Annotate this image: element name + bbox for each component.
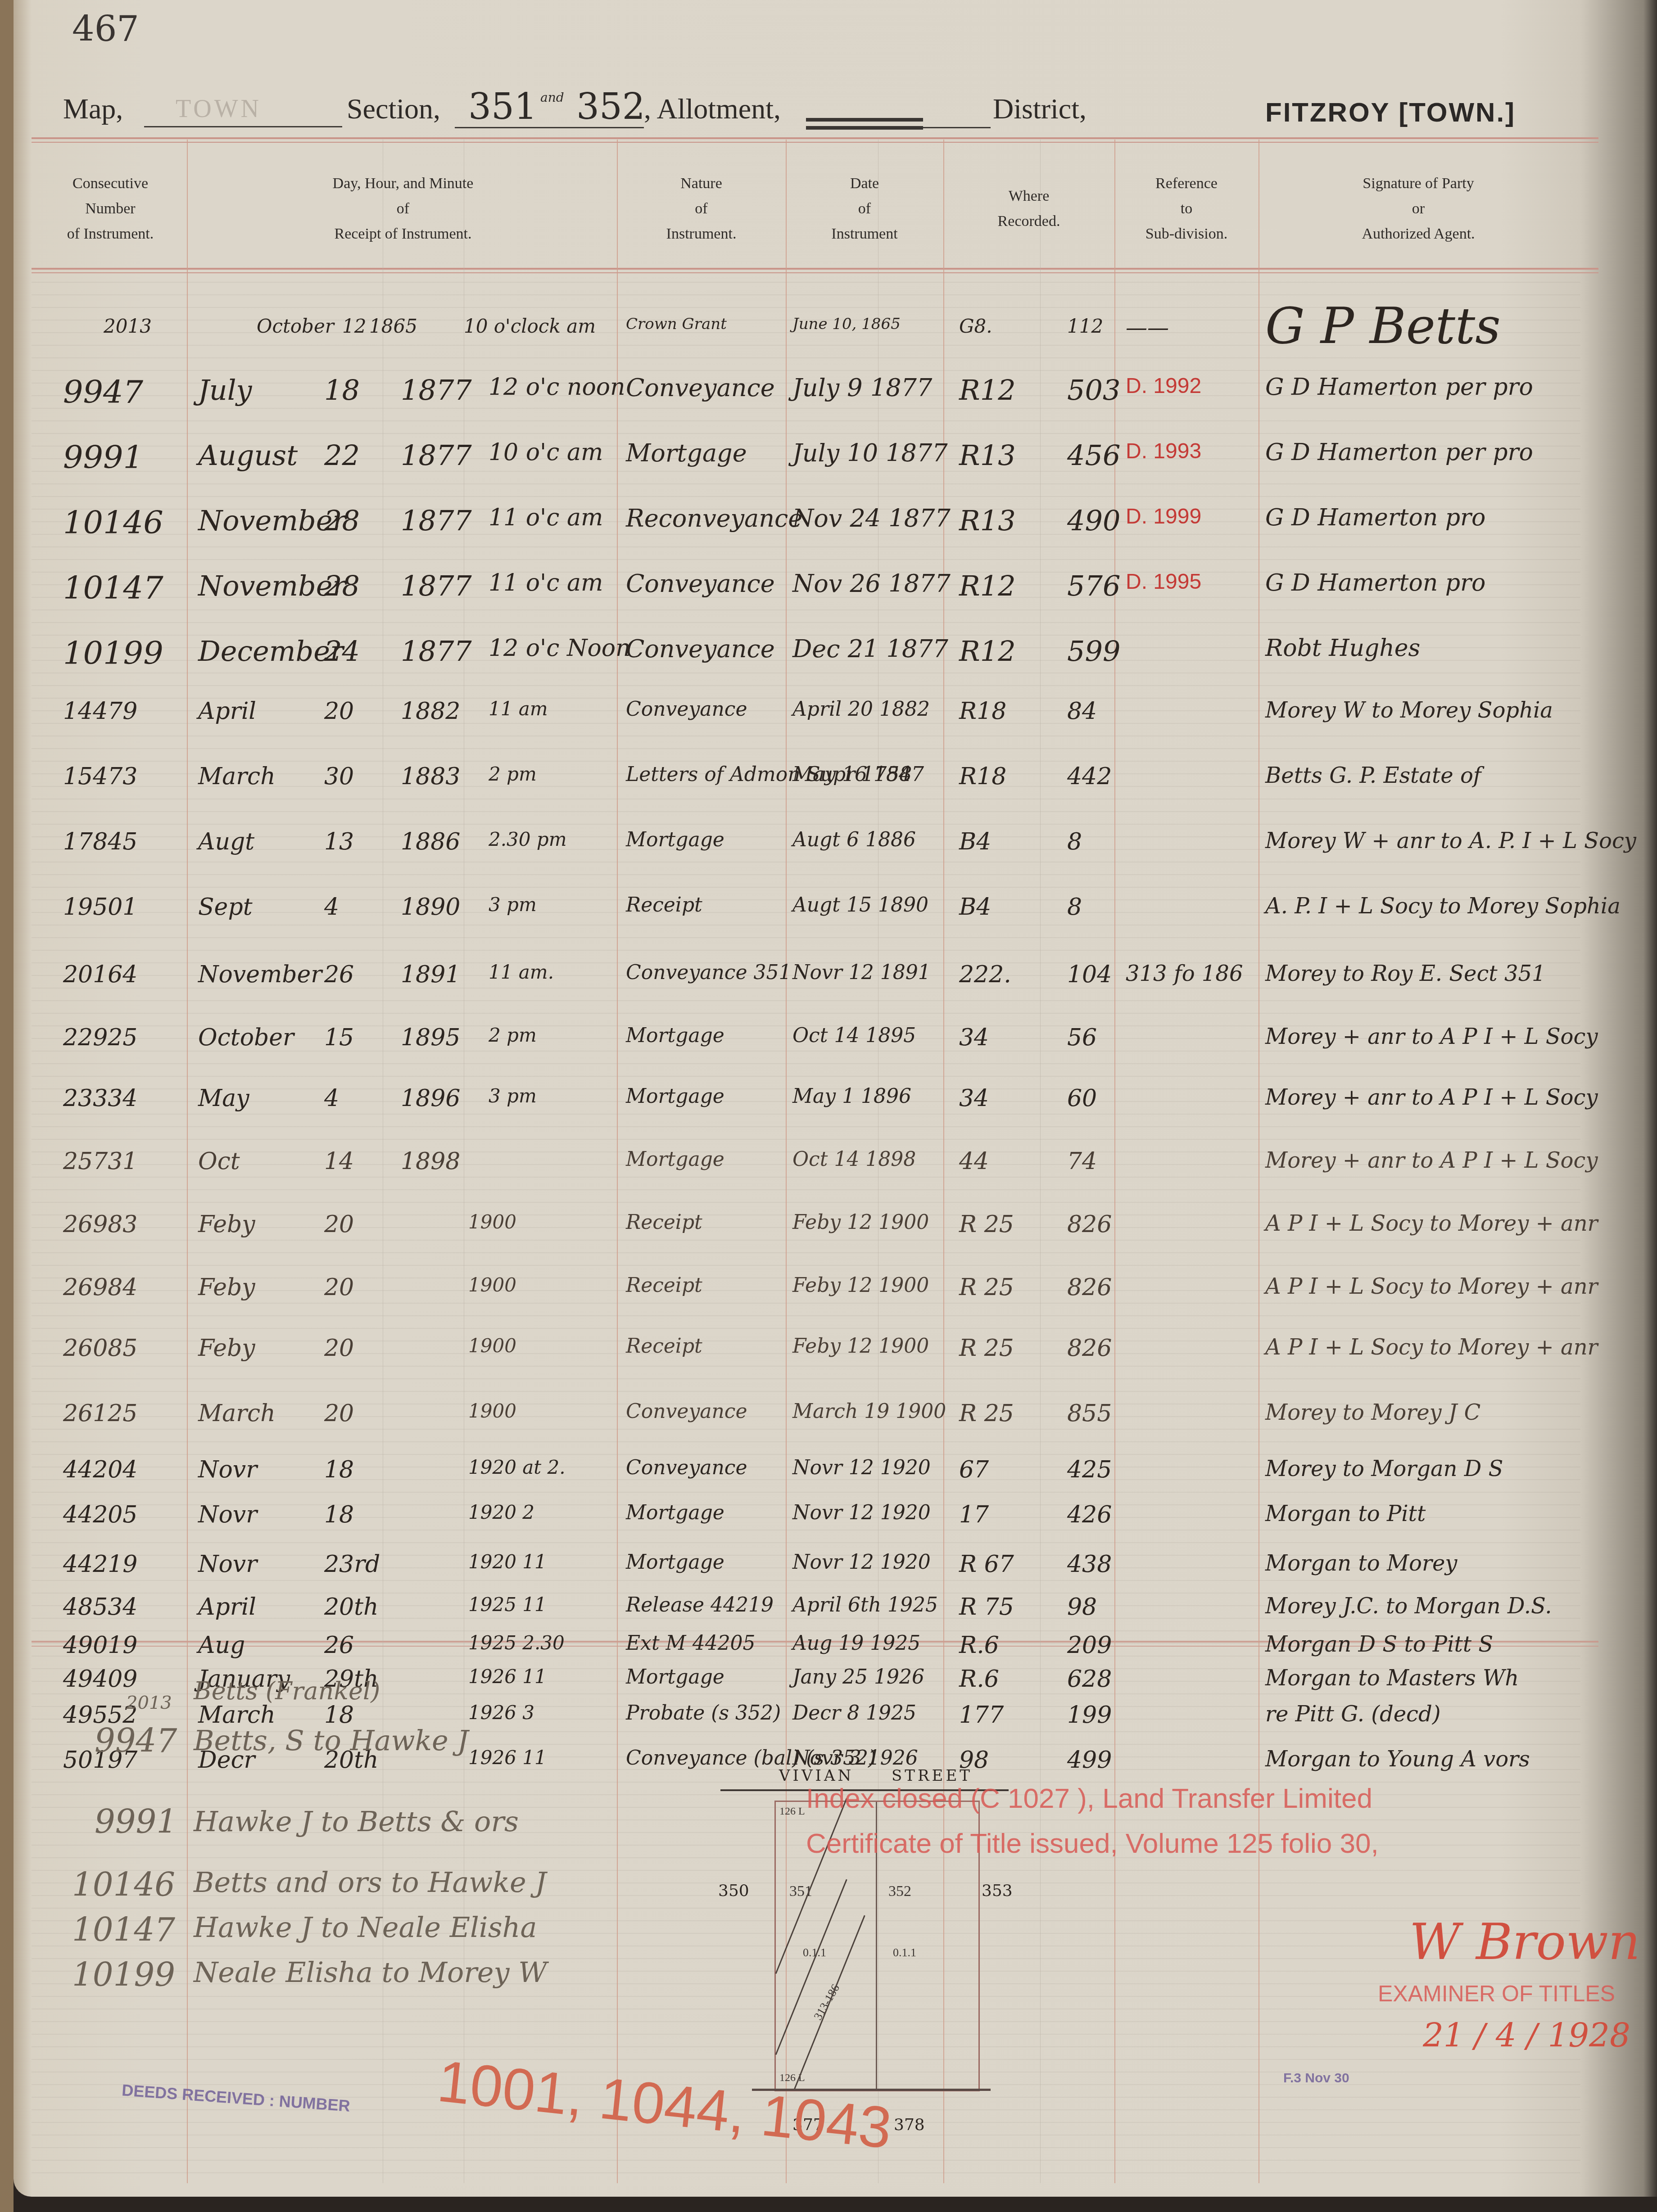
row-year: 1877 [401,374,472,406]
row-recorded-page: 599 [1067,635,1120,668]
row-recorded-page: 199 [1067,1702,1112,1729]
row-nature: Mortgage [626,828,724,851]
row-number: 26125 [63,1400,137,1427]
col-line-2 [617,140,618,2183]
row-signature: G D Hamerton per pro [1265,374,1533,401]
row-recorded-page: 503 [1067,374,1120,406]
index-note-number: 10199 [72,1956,175,1994]
row-recorded-page: 826 [1067,1274,1112,1301]
row-date: Dec 21 1877 [792,635,948,663]
district-value: FITZROY [TOWN.] [1265,97,1516,128]
row-recorded-page: 499 [1067,1747,1112,1774]
row-recorded-page: 490 [1067,504,1120,537]
index-note-text: Betts, S to Hawke J [194,1724,468,1757]
row-year: 1886 [401,828,460,855]
index-note-text: Neale Elisha to Morey W [194,1956,547,1989]
index-note-text: Hawke J to Neale Elisha [194,1911,537,1944]
row-year: 1865 [369,315,417,337]
row-month: Novr [198,1501,257,1528]
row-time: 1900 [468,1211,516,1233]
row-month: October [198,1024,294,1051]
row-day: 24 [324,635,360,668]
row-number: 22925 [63,1024,137,1051]
row-recorded-page: 74 [1067,1148,1097,1175]
row-nature: Reconveyance [626,504,802,533]
row-signature: G D Hamerton pro [1265,504,1485,531]
row-recorded-book: 177 [959,1702,1004,1729]
section-and: and [540,90,564,105]
row-recorded-page: 826 [1067,1335,1112,1362]
row-day: 20 [324,1400,354,1427]
row-recorded-page: 826 [1067,1211,1112,1238]
allotment-dash-2 [806,126,923,130]
row-signature: Morgan to Morey [1265,1551,1457,1576]
row-recorded-book: R.6 [959,1632,999,1659]
street-label-1: VIVIAN [779,1767,854,1785]
row-recorded-book: R.6 [959,1666,999,1693]
allotment-label: , Allotment, [644,92,781,126]
map-label: Map, [63,92,123,126]
row-number: 10147 [63,569,163,606]
row-number: 10146 [63,504,163,541]
row-reference: D. 1999 [1126,504,1201,529]
row-number: 26984 [63,1274,137,1301]
row-month: Oct [198,1148,240,1175]
row-recorded-book: R12 [959,374,1016,406]
row-recorded-book: R12 [959,635,1016,668]
row-signature: A. P. I + L Socy to Morey Sophia [1265,894,1621,919]
row-signature: Morey to Morey J C [1265,1400,1480,1425]
row-time: 11 o'c am [489,504,603,531]
section-value-2: 352 [576,86,645,127]
row-day: 12 [342,315,366,337]
row-recorded-book: R18 [959,763,1006,790]
row-nature: Conveyance [626,635,775,663]
row-date: Augt 6 1886 [792,828,916,851]
allotment-underline [923,127,991,128]
page-number: 467 [72,9,139,50]
row-time: 2 pm [489,763,537,785]
row-month: August [198,439,298,472]
row-recorded-page: 60 [1067,1085,1097,1112]
row-date: July 9 1877 [792,374,932,402]
row-time: 11 am [489,698,548,720]
row-month: Aug [198,1632,245,1659]
row-recorded-page: 442 [1067,763,1112,790]
row-time: 10 o'clock am [464,315,596,337]
row-time: 1926 3 [468,1702,534,1724]
row-number: 49409 [63,1666,137,1693]
col-header-recorded: Where Recorded. [946,184,1112,234]
row-number: 20164 [63,961,137,988]
row-signature: G D Hamerton pro [1265,569,1485,596]
row-signature: Morey + anr to A P I + L Socy [1265,1148,1598,1173]
row-month: Feby [198,1211,255,1238]
row-month: December [198,635,344,668]
row-month: October [257,315,334,337]
row-signature: G P Betts [1265,297,1501,355]
col-header-number: Consecutive Number of Instrument. [41,171,180,247]
col-header-receipt: Day, Hour, and Minute of Receipt of Inst… [194,171,612,247]
ledger-page: 467 Map, TOWN Section, 351 and 352 , All… [14,0,1657,2197]
row-number: 9947 [63,374,143,411]
row-number: 23334 [63,1085,137,1112]
row-recorded-page: 8 [1067,828,1082,855]
row-day: 20th [324,1594,379,1621]
row-date: March 19 1900 [792,1400,946,1423]
row-number: 14479 [63,698,137,725]
col-line-6 [1259,140,1259,2183]
row-date: Novr 12 1920 [792,1456,931,1479]
col-line-4b [1040,140,1041,2183]
row-date: June 10, 1865 [792,315,901,333]
row-nature: Receipt [626,1211,702,1234]
row-reference: D. 1995 [1126,569,1201,594]
row-recorded-book: R13 [959,439,1016,472]
header-top-rule [32,137,1598,139]
row-month: May [198,1085,249,1112]
index-note-number: 10146 [72,1866,175,1904]
index-note-number: 10147 [72,1911,175,1949]
row-month: November [198,961,322,988]
row-signature: Morgan to Young A vors [1265,1747,1530,1772]
row-reference: D. 1993 [1126,439,1201,464]
row-time: 1920 2 [468,1501,534,1523]
row-nature: Conveyance 351 [626,961,791,984]
section-label: Section, [347,92,440,126]
row-recorded-page: 576 [1067,569,1120,602]
margin-note-text: Betts (Frankel) [194,1677,380,1705]
row-time: 2 pm [489,1024,537,1046]
row-year: 1877 [401,439,472,472]
row-number: 26983 [63,1211,137,1238]
row-signature: re Pitt G. (decd) [1265,1702,1440,1727]
section-value-1: 351 [468,86,537,127]
row-time: 11 am. [489,961,554,983]
row-nature: Mortgage [626,1501,724,1524]
row-recorded-book: 17 [959,1501,989,1528]
row-time: 1920 11 [468,1551,547,1573]
row-nature: Release 44219 [626,1594,774,1616]
row-number: 10199 [63,635,163,672]
row-month: Augt [198,828,254,855]
row-recorded-page: 628 [1067,1666,1112,1693]
col-header-reference: Reference to Sub-division. [1117,171,1256,247]
row-nature: Receipt [626,894,702,916]
row-month: April [198,1594,256,1621]
row-nature: Probate (s 352) [626,1702,781,1724]
row-time: 12 o'c Noon [489,635,631,662]
row-day: 26 [324,961,354,988]
row-time: 3 pm [489,1085,537,1107]
row-month: March [198,1400,276,1427]
row-signature: Morey + anr to A P I + L Socy [1265,1085,1598,1110]
row-date: Jany 25 1926 [792,1666,924,1688]
row-reference: —— [1126,315,1169,340]
district-label: District, [993,92,1087,126]
row-date: Novr 12 1920 [792,1551,931,1574]
row-signature: A P I + L Socy to Morey + anr [1265,1211,1598,1236]
row-day: 28 [324,569,360,602]
row-date: Nov 24 1877 [792,504,951,533]
header-bottom-rule-2 [32,272,1598,273]
map-value: TOWN [176,95,262,123]
row-nature: Conveyance [626,1400,747,1423]
row-year: 1877 [401,569,472,602]
row-time: 1925 2.30 [468,1632,565,1654]
row-recorded-book: 44 [959,1148,989,1175]
row-day: 23rd [324,1551,380,1578]
row-date: Oct 14 1898 [792,1148,916,1171]
row-date: Decr 8 1925 [792,1702,916,1724]
row-date: Feby 12 1900 [792,1211,929,1234]
row-day: 26 [324,1632,354,1659]
row-recorded-book: 222. [959,961,1011,988]
row-day: 4 [324,1085,339,1112]
row-signature: Betts G. P. Estate of [1265,763,1481,788]
row-time: 2.30 pm [489,828,567,850]
index-note-number: 9947 [95,1722,177,1760]
row-year: 1890 [401,894,460,921]
row-signature: Morey W to Morey Sophia [1265,698,1553,723]
row-recorded-book: R 25 [959,1211,1014,1238]
row-recorded-book: B4 [959,894,991,921]
row-time: 12 o'c noon [489,374,625,401]
row-number: 19501 [63,894,137,921]
row-date: Feby 12 1900 [792,1274,929,1297]
row-year: 1877 [401,635,472,668]
row-year: 1896 [401,1085,460,1112]
row-signature: Morey to Roy E. Sect 351 [1265,961,1546,986]
index-closed-stamp: Index closed (C 1027 ), Land Transfer Li… [806,1783,1372,1815]
street-label-2: STREET [892,1767,973,1785]
row-recorded-page: 426 [1067,1501,1112,1528]
row-time: 11 o'c am [489,569,603,596]
row-recorded-page: 56 [1067,1024,1097,1051]
row-nature: Ext M 44205 [626,1632,756,1655]
row-year: 1898 [401,1148,460,1175]
row-time: 1925 11 [468,1594,547,1616]
row-recorded-book: R 25 [959,1335,1014,1362]
row-nature: Mortgage [626,1666,724,1688]
lot-label-350: 350 [718,1882,749,1900]
row-signature: G D Hamerton per pro [1265,439,1533,466]
col-header-nature: Nature of Instrument. [619,171,783,247]
row-number: 48534 [63,1594,137,1621]
row-nature: Mortgage [626,1148,724,1171]
row-number: 9991 [63,439,143,476]
row-recorded-book: 67 [959,1456,989,1483]
row-month: April [198,698,256,725]
row-recorded-book: 34 [959,1024,989,1051]
examiner-label: EXAMINER OF TITLES [1378,1981,1615,2007]
row-day: 18 [324,1456,354,1483]
row-number: 2013 [104,315,152,337]
row-number: 25731 [63,1148,137,1175]
row-nature: Mortgage [626,1024,724,1047]
row-recorded-book: B4 [959,828,991,855]
row-number: 44204 [63,1456,137,1483]
row-recorded-page: 8 [1067,894,1082,921]
row-recorded-book: R18 [959,698,1006,725]
row-nature: Receipt [626,1274,702,1297]
row-number: 44219 [63,1551,137,1578]
row-year: 1891 [401,961,460,988]
row-date: April 6th 1925 [792,1594,938,1616]
row-time: 10 o'c am [489,439,603,466]
col-line-1 [187,140,188,2183]
header-bottom-rule [32,268,1598,270]
row-month: March [198,763,276,790]
index-note-text: Hawke J to Betts & ors [194,1805,519,1838]
row-date: May 16 1847 [792,763,924,786]
row-signature: Morey J.C. to Morgan D.S. [1265,1594,1552,1619]
row-nature: Conveyance [626,374,775,402]
row-date: Feby 12 1900 [792,1335,929,1358]
row-month: Sept [198,894,253,921]
row-signature: Robt Hughes [1265,635,1420,662]
section-underline [455,127,644,128]
row-month: November [198,569,346,602]
header-top-rule-2 [32,142,1598,143]
purple-date-stamp: F.3 Nov 30 [1283,2071,1349,2086]
row-signature: Morey W + anr to A. P. I + L Socy [1265,828,1636,853]
row-nature: Conveyance [626,1456,747,1479]
row-day: 20 [324,1211,354,1238]
row-time: 3 pm [489,894,537,916]
map-underline [144,126,342,127]
row-year: 1882 [401,698,460,725]
row-date: May 1 1896 [792,1085,911,1108]
row-year: 1883 [401,763,460,790]
examiner-signature: W Brown [1409,1913,1640,1971]
row-recorded-book: R 75 [959,1594,1014,1621]
row-number: 26085 [63,1335,137,1362]
row-day: 28 [324,504,360,537]
row-recorded-page: 112 [1067,315,1103,337]
row-recorded-page: 456 [1067,439,1120,472]
row-nature: Crown Grant [626,315,727,333]
row-recorded-page: 438 [1067,1551,1112,1578]
row-signature: Morey to Morgan D S [1265,1456,1503,1481]
row-reference: 313 fo 186 [1126,961,1243,986]
lot-label-353: 353 [982,1882,1013,1900]
row-recorded-page: 98 [1067,1594,1097,1621]
row-recorded-book: R 25 [959,1274,1014,1301]
row-date: Novr 12 1920 [792,1501,931,1524]
row-month: November [198,504,346,537]
row-day: 18 [324,374,360,406]
row-month: Feby [198,1335,255,1362]
allotment-dash-1 [806,118,923,122]
index-note-number: 9991 [95,1803,177,1841]
row-nature: Conveyance [626,698,747,721]
row-month: July [198,374,252,406]
row-reference: D. 1992 [1126,374,1201,398]
row-day: 22 [324,439,360,472]
row-number: 44205 [63,1501,137,1528]
row-day: 13 [324,828,354,855]
row-day: 18 [324,1501,354,1528]
row-date: Nov 26 1877 [792,569,951,598]
examiner-date: 21 / 4 / 1928 [1423,2017,1630,2054]
row-year: 1877 [401,504,472,537]
row-recorded-book: R13 [959,504,1016,537]
row-signature: Morgan D S to Pitt S [1265,1632,1493,1657]
margin-note-number: 2013 [126,1693,172,1713]
row-day: 14 [324,1148,354,1175]
col-header-date: Date of Instrument [788,171,941,247]
row-date: Augt 15 1890 [792,894,928,916]
book-spine [0,0,14,2212]
row-date: Novr 12 1891 [792,961,931,984]
row-recorded-page: 84 [1067,698,1097,725]
row-signature: Morgan to Masters Wh [1265,1666,1519,1691]
row-day: 20 [324,698,354,725]
row-time: 1926 11 [468,1666,547,1688]
row-number: 49019 [63,1632,137,1659]
certificate-stamp: Certificate of Title issued, Volume 125 … [806,1828,1379,1860]
lot-label-378: 378 [894,2116,925,2134]
row-signature: Morgan to Pitt [1265,1501,1426,1526]
row-nature: Conveyance [626,569,775,598]
row-date: April 20 1882 [792,698,930,721]
row-year: 1895 [401,1024,460,1051]
row-day: 20 [324,1335,354,1362]
row-month: Novr [198,1551,257,1578]
col-header-signature: Signature of Party or Authorized Agent. [1261,171,1576,247]
row-date: July 10 1877 [792,439,948,467]
row-date: Oct 14 1895 [792,1024,916,1047]
row-recorded-page: 855 [1067,1400,1112,1427]
row-time: 1900 [468,1274,516,1296]
row-recorded-page: 209 [1067,1632,1112,1659]
row-nature: Mortgage [626,1085,724,1108]
row-recorded-book: G8. [959,315,992,337]
row-time: 1900 [468,1335,516,1357]
row-number: 15473 [63,763,137,790]
row-nature: Receipt [626,1335,702,1358]
row-day: 4 [324,894,339,921]
row-recorded-page: 425 [1067,1456,1112,1483]
row-recorded-book: R 67 [959,1551,1014,1578]
row-nature: Mortgage [626,439,747,467]
row-recorded-book: R 25 [959,1400,1014,1427]
index-note-text: Betts and ors to Hawke J [194,1866,546,1899]
row-signature: A P I + L Socy to Morey + anr [1265,1335,1598,1360]
row-signature: A P I + L Socy to Morey + anr [1265,1274,1598,1299]
row-time: 1926 11 [468,1747,547,1769]
row-day: 15 [324,1024,354,1051]
row-day: 30 [324,763,354,790]
row-nature: Mortgage [626,1551,724,1574]
row-month: Novr [198,1456,257,1483]
row-recorded-book: 34 [959,1085,989,1112]
row-recorded-page: 104 [1067,961,1112,988]
row-number: 17845 [63,828,137,855]
row-month: Feby [198,1274,255,1301]
row-signature: Morey + anr to A P I + L Socy [1265,1024,1598,1049]
row-time: 1920 at 2. [468,1456,566,1478]
row-date: Novr 3 1926 [792,1747,918,1770]
row-date: Aug 19 1925 [792,1632,920,1655]
row-time: 1900 [468,1400,516,1422]
row-recorded-book: R12 [959,569,1016,602]
row-day: 20 [324,1274,354,1301]
